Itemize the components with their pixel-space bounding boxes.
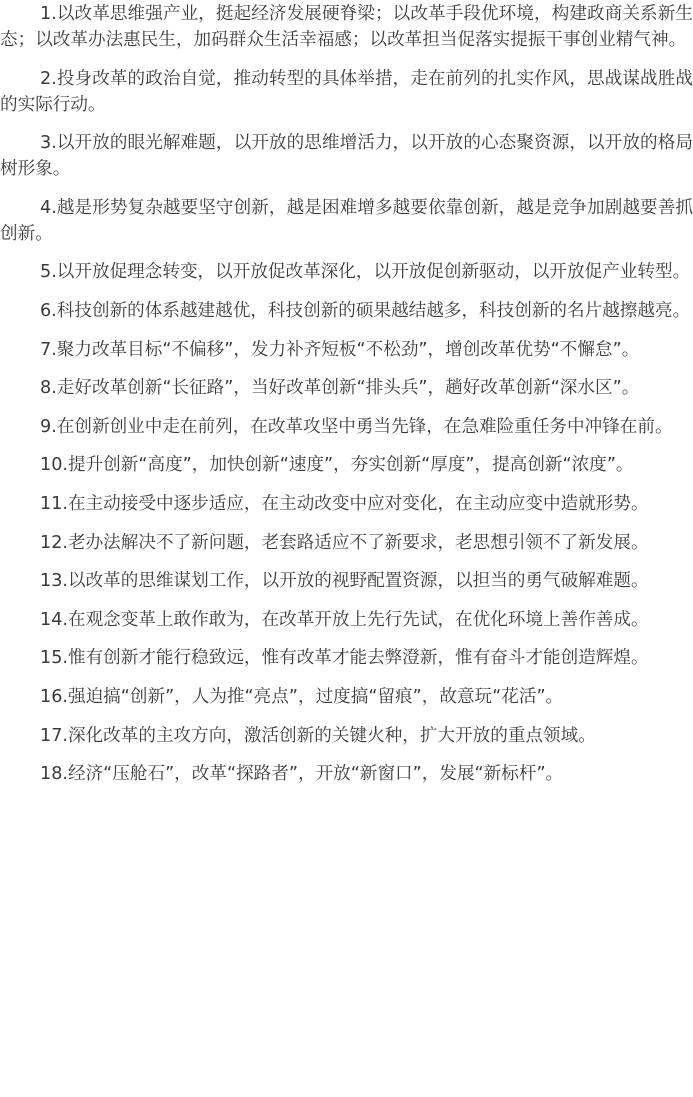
paragraph-6: 6.科技创新的体系越建越优，科技创新的硕果越结越多，科技创新的名片越擦越亮。 <box>0 298 693 324</box>
paragraph-1: 1.以改革思维强产业，挺起经济发展硬脊梁；以改革手段优环境，构建政商关系新生态；… <box>0 1 693 53</box>
paragraph-10: 10.提升创新“高度”，加快创新“速度”，夯实创新“厚度”，提高创新“浓度”。 <box>0 452 693 478</box>
paragraph-16: 16.强迫搞“创新”，人为推“亮点”，过度搞“留痕”，故意玩“花活”。 <box>0 684 693 710</box>
paragraph-9: 9.在创新创业中走在前列，在改革攻坚中勇当先锋，在急难险重任务中冲锋在前。 <box>0 414 693 440</box>
paragraph-18: 18.经济“压舱石”，改革“探路者”，开放“新窗口”，发展“新标杆”。 <box>0 761 693 787</box>
paragraph-11: 11.在主动接受中逐步适应，在主动改变中应对变化，在主动应变中造就形势。 <box>0 491 693 517</box>
paragraph-12: 12.老办法解决不了新问题，老套路适应不了新要求，老思想引领不了新发展。 <box>0 530 693 556</box>
paragraph-3: 3.以开放的眼光解难题，以开放的思维增活力，以开放的心态聚资源，以开放的格局树形… <box>0 130 693 182</box>
paragraph-2: 2.投身改革的政治自觉，推动转型的具体举措，走在前列的扎实作风，思战谋战胜战的实… <box>0 66 693 118</box>
paragraph-13: 13.以改革的思维谋划工作，以开放的视野配置资源，以担当的勇气破解难题。 <box>0 568 693 594</box>
paragraph-7: 7.聚力改革目标“不偏移”，发力补齐短板“不松劲”，增创改革优势“不懈怠”。 <box>0 337 693 363</box>
paragraph-8: 8.走好改革创新“长征路”，当好改革创新“排头兵”，趟好改革创新“深水区”。 <box>0 375 693 401</box>
paragraph-14: 14.在观念变革上敢作敢为，在改革开放上先行先试，在优化环境上善作善成。 <box>0 607 693 633</box>
paragraph-15: 15.惟有创新才能行稳致远，惟有改革才能去弊澄新，惟有奋斗才能创造辉煌。 <box>0 645 693 671</box>
paragraph-4: 4.越是形势复杂越要坚守创新，越是困难增多越要依靠创新，越是竞争加剧越要善抓创新… <box>0 195 693 247</box>
paragraph-5: 5.以开放促理念转变，以开放促改革深化，以开放促创新驱动，以开放促产业转型。 <box>0 259 693 285</box>
article-body: 1.以改革思维强产业，挺起经济发展硬脊梁；以改革手段优环境，构建政商关系新生态；… <box>0 0 693 787</box>
paragraph-17: 17.深化改革的主攻方向，激活创新的关键火种，扩大开放的重点领域。 <box>0 723 693 749</box>
